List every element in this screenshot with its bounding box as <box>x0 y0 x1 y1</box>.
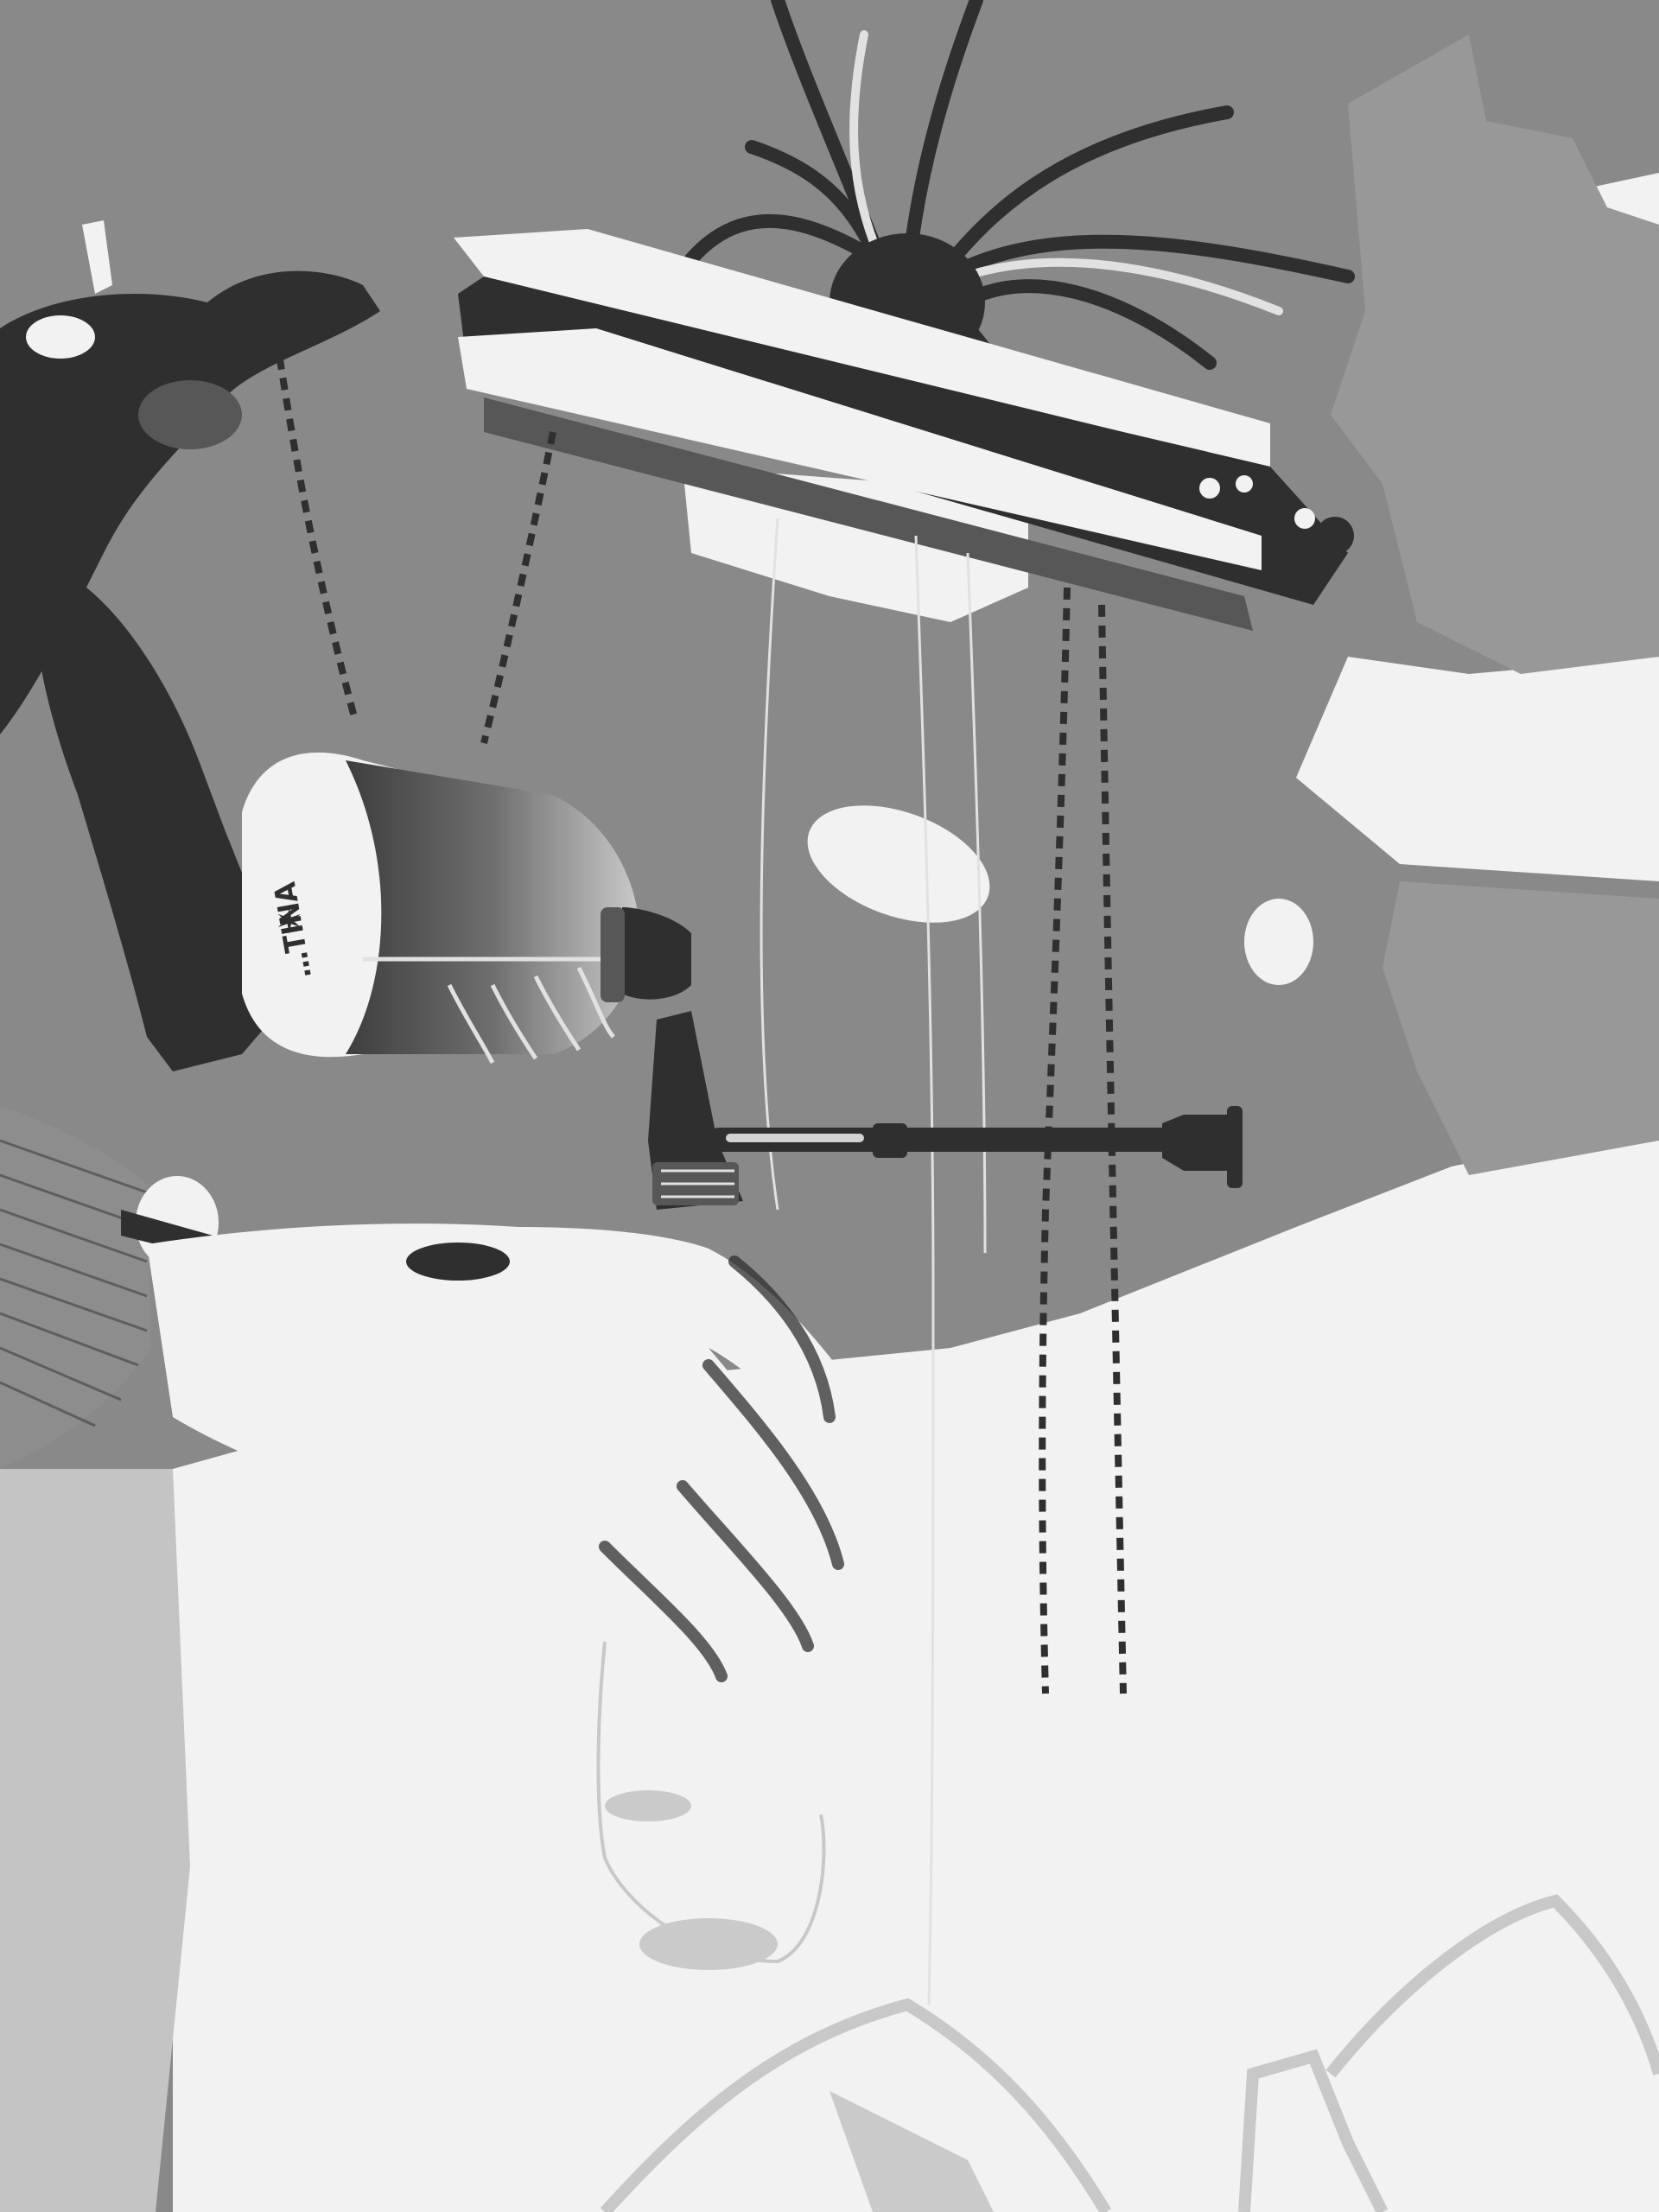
photograph: …TINA ✶ <box>0 0 1659 2212</box>
